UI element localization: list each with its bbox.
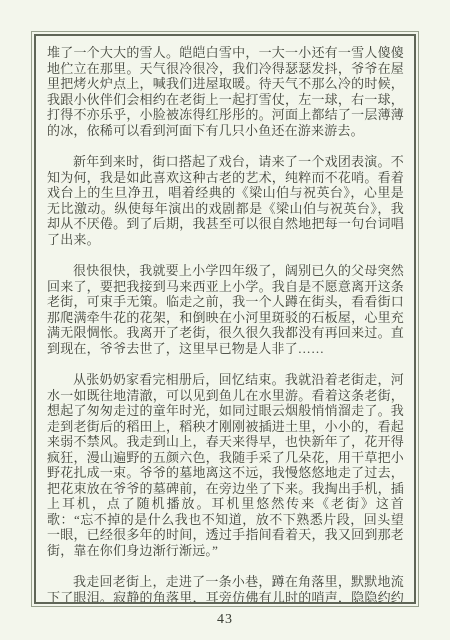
page-text: 堆了一个大大的雪人。皑皑白雪中，一大一小还有一雪人傻傻地伫立在那里。天气很冷很冷… <box>36 36 414 604</box>
paragraph: 新年到来时，街口搭起了戏台，请来了一个戏团表演。不知为何，我是如此喜欢这种古老的… <box>47 154 404 247</box>
page-frame: 堆了一个大大的雪人。皑皑白雪中，一大一小还有一雪人傻傻地伫立在那里。天气很冷很冷… <box>34 34 416 604</box>
paragraph: 我走回老街上，走进了一条小巷，蹲在角落里，默默地流下了眼泪。寂静的角落里，耳旁仿… <box>47 574 404 604</box>
paragraph: 很快很快，我就要上小学四年级了，阔别已久的父母突然回来了，要把我接到马来西亚上小… <box>47 263 404 356</box>
paragraph: 堆了一个大大的雪人。皑皑白雪中，一大一小还有一雪人傻傻地伫立在那里。天气很冷很冷… <box>47 45 404 138</box>
paragraph: 从张奶奶家看完相册后，回忆结束。我就沿着老街走，河水一如既往地清澈，可以见到鱼儿… <box>47 372 404 558</box>
page-number: 43 <box>0 612 450 628</box>
